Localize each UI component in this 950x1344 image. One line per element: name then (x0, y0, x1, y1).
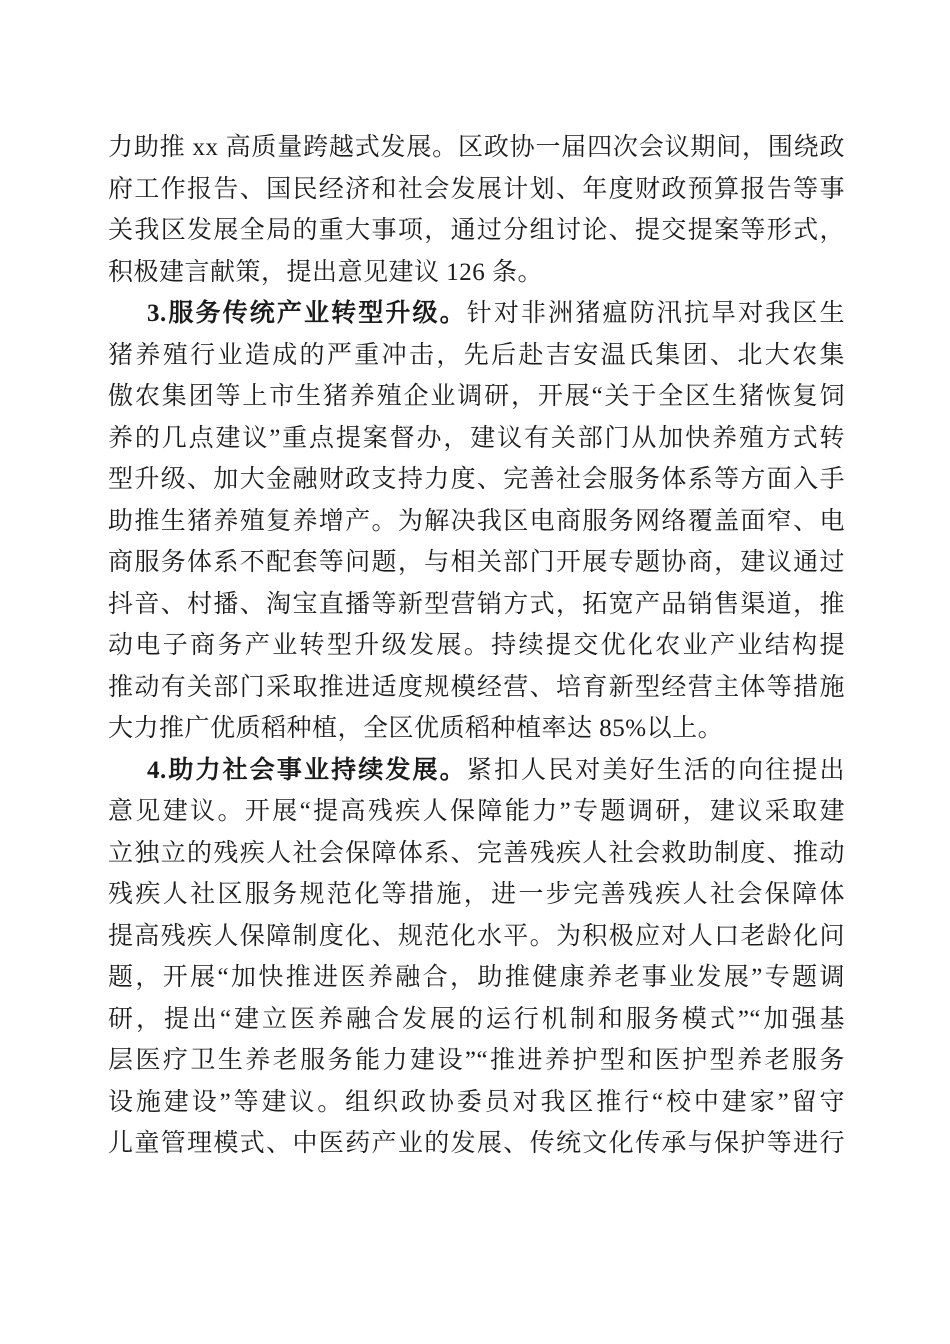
body-text: 层医疗卫生养老服务能力建设”“推进养护型和医护型养老服务 (108, 1047, 845, 1074)
body-text: 猪养殖行业造成的严重冲击，先后赴吉安温氏集团、北大农集团、 (108, 342, 845, 377)
body-text: 大力推广优质稻种植，全区优质稻种植率达 85%以上。 (108, 715, 723, 742)
body-text: 积极建言献策，提出意见建议 126 条。 (108, 259, 543, 286)
body-text: 商服务体系不配套等问题，与相关部门开展专题协商，建议通过 (108, 549, 845, 576)
section-heading: 3.服务传统产业转型升级。 (147, 300, 467, 327)
text-line: 商服务体系不配套等问题，与相关部门开展专题协商，建议通过 (108, 542, 845, 584)
body-text: 型升级、加大金融财政支持力度、完善社会服务体系等方面入手 (108, 466, 845, 493)
text-line: 提高残疾人保障制度化、规范化水平。为积极应对人口老龄化问 (108, 916, 845, 958)
text-line: 立独立的残疾人社会保障体系、完善残疾人社会救助制度、推动 (108, 833, 845, 875)
text-line: 猪养殖行业造成的严重冲击，先后赴吉安温氏集团、北大农集团、 (108, 335, 845, 377)
body-text: 傲农集团等上市生猪养殖企业调研，开展“关于全区生猪恢复饲 (108, 383, 845, 410)
body-text: 推动有关部门采取推进适度规模经营、培育新型经营主体等措施 (108, 674, 845, 701)
text-line: 研，提出“建立医养融合发展的运行机制和服务模式”“加强基 (108, 999, 845, 1041)
text-line: 助推生猪养殖复养增产。为解决我区电商服务网络覆盖面窄、电 (108, 501, 845, 543)
body-text: 残疾人社区服务规范化等措施，进一步完善残疾人社会保障体系， (108, 881, 845, 916)
text-line: 儿童管理模式、中医药产业的发展、传统文化传承与保护等进行 (108, 1123, 845, 1165)
paragraph-section-3: 3.服务传统产业转型升级。针对非洲猪瘟防汛抗旱对我区生猪养殖行业造成的严重冲击，… (108, 293, 845, 750)
text-line: 抖音、村播、淘宝直播等新型营销方式，拓宽产品销售渠道，推 (108, 584, 845, 626)
text-line: 题，开展“加快推进医养融合，助推健康养老事业发展”专题调 (108, 957, 845, 999)
body-text: 助推生猪养殖复养增产。为解决我区电商服务网络覆盖面窄、电 (108, 508, 845, 535)
text-line: 残疾人社区服务规范化等措施，进一步完善残疾人社会保障体系， (108, 874, 845, 916)
text-line: 层医疗卫生养老服务能力建设”“推进养护型和医护型养老服务 (108, 1040, 845, 1082)
text-line: 设施建设”等建议。组织政协委员对我区推行“校中建家”留守 (108, 1082, 845, 1124)
body-text: 针对非洲猪瘟防汛抗旱对我区生 (467, 300, 845, 327)
section-heading: 4.助力社会事业持续发展。 (147, 757, 467, 784)
text-line: 型升级、加大金融财政支持力度、完善社会服务体系等方面入手 (108, 459, 845, 501)
text-line: 4.助力社会事业持续发展。紧扣人民对美好生活的向往提出 (108, 750, 845, 792)
body-text: 养的几点建议”重点提案督办，建议有关部门从加快养殖方式转 (108, 425, 845, 452)
body-text: 关我区发展全局的重大事项，通过分组讨论、提交提案等形式， (108, 217, 845, 244)
body-text: 意见建议。开展“提高残疾人保障能力”专题调研，建议采取建 (108, 798, 845, 825)
body-text: 紧扣人民对美好生活的向往提出 (467, 757, 845, 784)
text-line: 傲农集团等上市生猪养殖企业调研，开展“关于全区生猪恢复饲 (108, 376, 845, 418)
body-text: 儿童管理模式、中医药产业的发展、传统文化传承与保护等进行 (108, 1130, 845, 1157)
body-text: 研，提出“建立医养融合发展的运行机制和服务模式”“加强基 (108, 1006, 845, 1033)
text-line: 大力推广优质稻种植，全区优质稻种植率达 85%以上。 (108, 708, 845, 750)
body-text: 府工作报告、国民经济和社会发展计划、年度财政预算报告等事 (108, 176, 845, 203)
text-line: 3.服务传统产业转型升级。针对非洲猪瘟防汛抗旱对我区生 (108, 293, 845, 335)
body-text: 设施建设”等建议。组织政协委员对我区推行“校中建家”留守 (108, 1089, 845, 1116)
document-text: 力助推 xx 高质量跨越式发展。区政协一届四次会议期间，围绕政府工作报告、国民经… (108, 127, 845, 1165)
body-text: 抖音、村播、淘宝直播等新型营销方式，拓宽产品销售渠道，推 (108, 591, 845, 618)
text-line: 关我区发展全局的重大事项，通过分组讨论、提交提案等形式， (108, 210, 845, 252)
text-line: 积极建言献策，提出意见建议 126 条。 (108, 252, 845, 294)
text-line: 推动有关部门采取推进适度规模经营、培育新型经营主体等措施 (108, 667, 845, 709)
text-line: 动电子商务产业转型升级发展。持续提交优化农业产业结构提案， (108, 625, 845, 667)
document-page: 力助推 xx 高质量跨越式发展。区政协一届四次会议期间，围绕政府工作报告、国民经… (0, 0, 950, 1344)
body-text: 题，开展“加快推进医养融合，助推健康养老事业发展”专题调 (108, 964, 845, 991)
body-text: 提高残疾人保障制度化、规范化水平。为积极应对人口老龄化问 (108, 923, 845, 950)
body-text: 动电子商务产业转型升级发展。持续提交优化农业产业结构提案， (108, 632, 845, 667)
text-line: 力助推 xx 高质量跨越式发展。区政协一届四次会议期间，围绕政 (108, 127, 845, 169)
body-text: 立独立的残疾人社会保障体系、完善残疾人社会救助制度、推动 (108, 840, 845, 867)
text-line: 养的几点建议”重点提案督办，建议有关部门从加快养殖方式转 (108, 418, 845, 460)
body-text: 力助推 xx 高质量跨越式发展。区政协一届四次会议期间，围绕政 (108, 134, 845, 161)
text-line: 府工作报告、国民经济和社会发展计划、年度财政预算报告等事 (108, 169, 845, 211)
text-line: 意见建议。开展“提高残疾人保障能力”专题调研，建议采取建 (108, 791, 845, 833)
paragraph-section-4: 4.助力社会事业持续发展。紧扣人民对美好生活的向往提出意见建议。开展“提高残疾人… (108, 750, 845, 1165)
paragraph-continuation: 力助推 xx 高质量跨越式发展。区政协一届四次会议期间，围绕政府工作报告、国民经… (108, 127, 845, 293)
